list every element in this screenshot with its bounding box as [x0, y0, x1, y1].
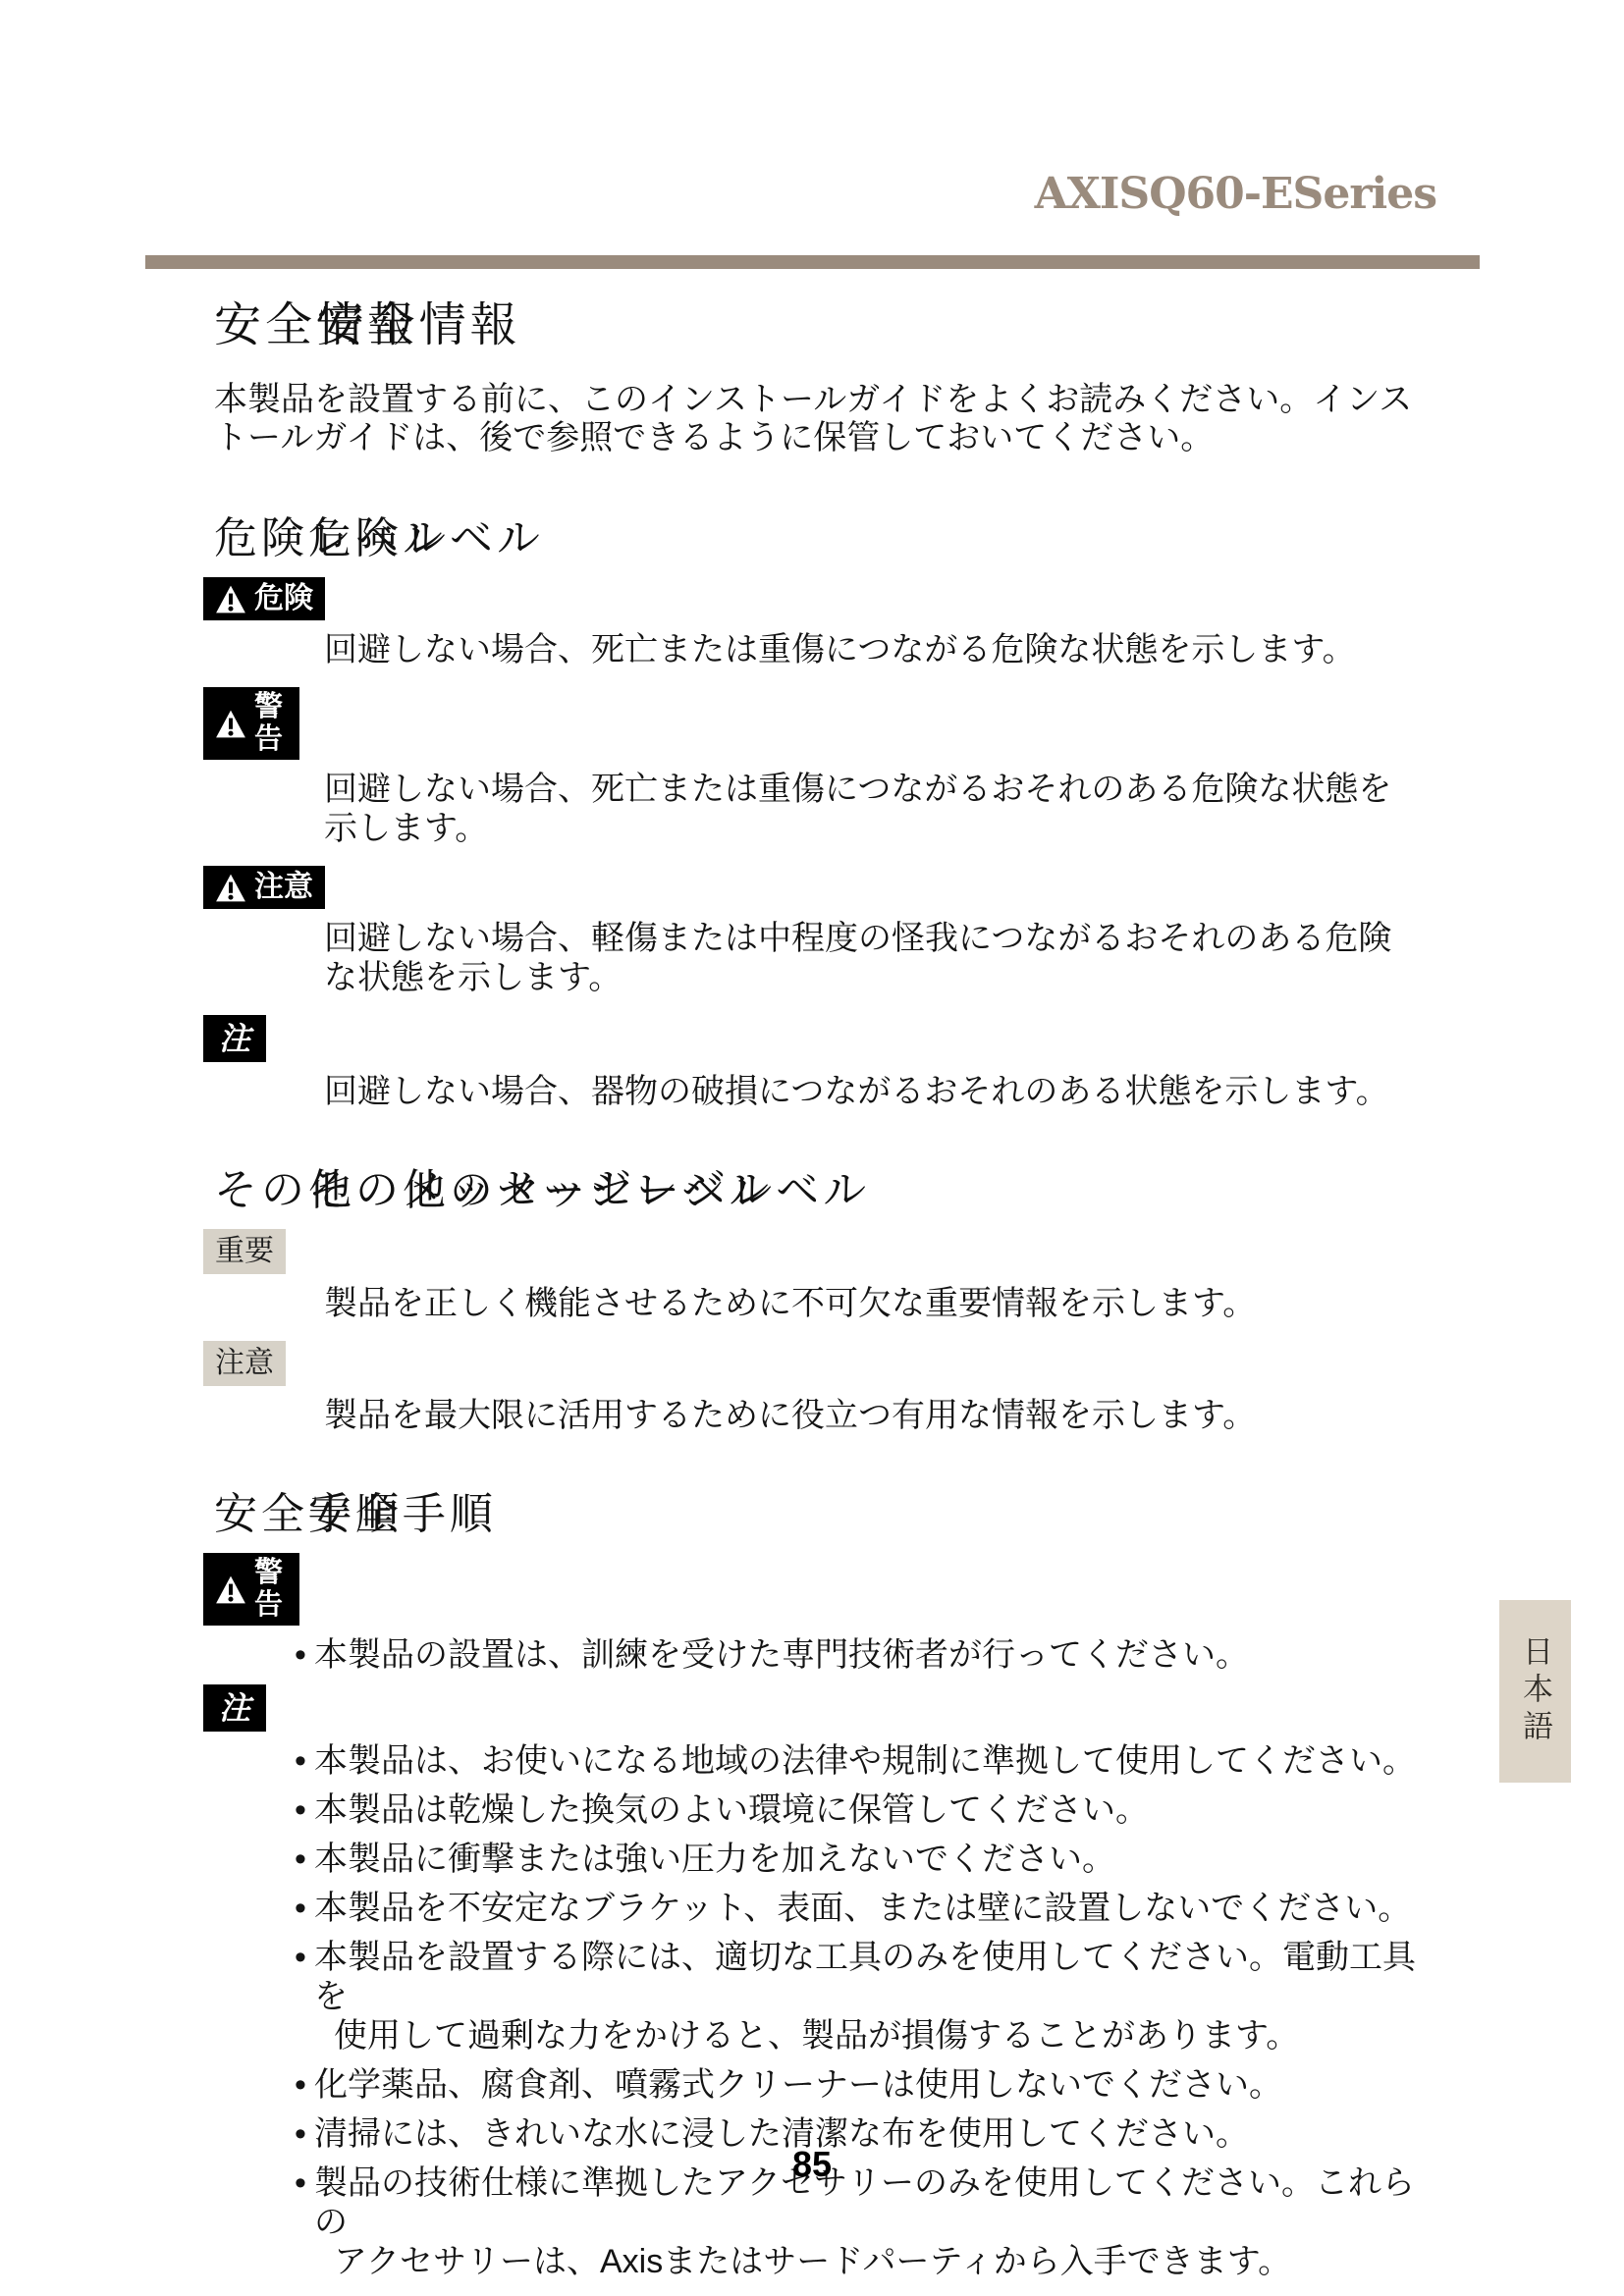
section-heading-ghost: 危険レベル	[308, 503, 544, 565]
bullet-item: •本製品を設置する際には、適切な工具のみを使用してください。電動工具を使用して過…	[295, 1938, 1441, 2056]
text-line: 製品を正しく機能させるために不可欠な重要情報を示します。	[324, 1284, 1441, 1323]
section-heading-other-levels: その他のメッセージレベル その他のメッセージレベル	[214, 1154, 1441, 1211]
bullet-item: •本製品に衝撃または強い圧力を加えないでください。	[295, 1840, 1441, 1879]
warning-triangle-icon	[215, 585, 246, 614]
notice-badge-label: 注意	[254, 870, 313, 905]
other-level-list: 重要 製品を正しく機能させるために不可欠な重要情報を示します。 注意 製品を最大…	[214, 1229, 1441, 1435]
page-number: 85	[0, 2144, 1624, 2185]
document-header-title: AXISQ60-ESeries	[1035, 169, 1436, 219]
text-line: 製品を最大限に活用するために役立つ有用な情報を示します。	[324, 1396, 1441, 1435]
notice-badge: 注	[203, 1015, 266, 1062]
notice-badge: 警告	[203, 1553, 299, 1626]
danger-level-list: 危険 回避しない場合、死亡または重傷につながる危険な状態を示します。 警告 回避…	[214, 577, 1441, 1111]
intro-line: 本製品を設置する前に、このインストールガイドをよくお読みください。インス	[214, 381, 1441, 419]
bullet-dot: •	[295, 1790, 314, 1830]
bullet-dot: •	[295, 1635, 314, 1675]
notice-description: 回避しない場合、軽傷または中程度の怪我につながるおそれのある危険な状態を示します…	[324, 919, 1441, 997]
notice-badge-row: 注意	[203, 1341, 1441, 1386]
text-line: 使用して過剰な力をかけると、製品が損傷することがあります。	[314, 2016, 1441, 2056]
language-side-tab: 日本語	[1499, 1600, 1571, 1783]
text-line: 回避しない場合、死亡または重傷につながる危険な状態を示します。	[324, 630, 1441, 669]
text-line: 化学薬品、腐食剤、噴霧式クリーナーは使用しないでください。	[314, 2065, 1282, 2105]
notice-badge: 警告	[203, 687, 299, 760]
notice-badge-label: 注	[219, 1021, 250, 1056]
language-side-tab-label: 日本語	[1513, 1635, 1557, 1747]
bullet-dot: •	[295, 1889, 314, 1928]
section-heading-ghost: 安全手順	[308, 1478, 497, 1541]
bullet-dot: •	[295, 2065, 314, 2105]
bullet-item: •本製品の設置は、訓練を受けた専門技術者が行ってください。	[295, 1635, 1441, 1675]
page-title: 安全情報 安全情報	[214, 287, 1441, 346]
section-heading-danger-levels: 危険レベル 危険レベル	[214, 503, 1441, 560]
text-line: 本製品の設置は、訓練を受けた専門技術者が行ってください。	[314, 1635, 1249, 1675]
bullet-dot: •	[295, 1938, 314, 2056]
bullet-text: 化学薬品、腐食剤、噴霧式クリーナーは使用しないでください。	[314, 2065, 1282, 2105]
text-line: 本製品を設置する際には、適切な工具のみを使用してください。電動工具を	[314, 1938, 1441, 2016]
bullet-dot: •	[295, 1741, 314, 1781]
notice-badge-row: 警告	[203, 1553, 1441, 1626]
intro-line: トールガイドは、後で参照できるように保管しておいてください。	[214, 419, 1441, 457]
bullet-text: 本製品を不安定なブラケット、表面、または壁に設置しないでください。	[314, 1889, 1411, 1928]
bullet-text: 本製品は、お使いになる地域の法律や規制に準拠して使用してください。	[314, 1741, 1416, 1781]
notice-badge-row: 危険	[203, 577, 1441, 620]
notice-badge: 重要	[203, 1229, 286, 1274]
bullet-item: •化学薬品、腐食剤、噴霧式クリーナーは使用しないでください。	[295, 2065, 1441, 2105]
notice-badge-row: 注	[203, 1684, 1441, 1732]
header-rule	[145, 255, 1480, 269]
text-line: 回避しない場合、軽傷または中程度の怪我につながるおそれのある危険	[324, 919, 1441, 958]
bullet-list: •本製品は、お使いになる地域の法律や規制に準拠して使用してください。•本製品は乾…	[295, 1741, 1441, 2281]
bullet-dot: •	[295, 1840, 314, 1879]
text-line: 回避しない場合、器物の破損につながるおそれのある状態を示します。	[324, 1072, 1441, 1111]
notice-badge: 危険	[203, 577, 325, 620]
notice-description: 製品を最大限に活用するために役立つ有用な情報を示します。	[324, 1396, 1441, 1435]
text-line: 本製品は、お使いになる地域の法律や規制に準拠して使用してください。	[314, 1741, 1416, 1781]
warning-triangle-icon	[215, 874, 246, 902]
notice-badge-label: 警告	[254, 691, 288, 756]
text-line: 本製品は乾燥した換気のよい環境に保管してください。	[314, 1790, 1149, 1830]
bullet-item: •本製品は乾燥した換気のよい環境に保管してください。	[295, 1790, 1441, 1830]
notice-badge-label: 重要	[215, 1234, 274, 1269]
bullet-list: •本製品の設置は、訓練を受けた専門技術者が行ってください。	[295, 1635, 1441, 1675]
notice-badge: 注意	[203, 866, 325, 909]
notice-badge-row: 注意	[203, 866, 1441, 909]
bullet-item: •本製品を不安定なブラケット、表面、または壁に設置しないでください。	[295, 1889, 1441, 1928]
document-page: AXISQ60-ESeries 安全情報 安全情報 本製品を設置する前に、このイ…	[0, 0, 1624, 2296]
section-heading-safety-steps: 安全手順 安全手順	[214, 1478, 1441, 1535]
warning-triangle-icon	[215, 710, 246, 738]
text-line: 本製品を不安定なブラケット、表面、または壁に設置しないでください。	[314, 1889, 1411, 1928]
bullet-text: 本製品の設置は、訓練を受けた専門技術者が行ってください。	[314, 1635, 1249, 1675]
warning-triangle-icon	[215, 1575, 246, 1604]
bullet-text: 本製品は乾燥した換気のよい環境に保管してください。	[314, 1790, 1149, 1830]
intro-paragraph: 本製品を設置する前に、このインストールガイドをよくお読みください。インストールガ…	[214, 381, 1441, 457]
notice-badge: 注	[203, 1684, 266, 1732]
notice-description: 製品を正しく機能させるために不可欠な重要情報を示します。	[324, 1284, 1441, 1323]
bullet-text: 本製品に衝撃または強い圧力を加えないでください。	[314, 1840, 1115, 1879]
content-column: 安全情報 安全情報 本製品を設置する前に、このインストールガイドをよくお読みくだ…	[214, 287, 1441, 2291]
notice-description: 回避しない場合、死亡または重傷につながるおそれのある危険な状態を示します。	[324, 770, 1441, 848]
notice-badge-label: 注意	[215, 1346, 274, 1381]
bullet-text: 本製品を設置する際には、適切な工具のみを使用してください。電動工具を使用して過剰…	[314, 1938, 1441, 2056]
notice-badge-label: 注	[219, 1690, 250, 1726]
notice-description: 回避しない場合、器物の破損につながるおそれのある状態を示します。	[324, 1072, 1441, 1111]
page-title-ghost: 安全情報	[317, 287, 521, 354]
notice-badge-row: 重要	[203, 1229, 1441, 1274]
bullet-item: •本製品は、お使いになる地域の法律や規制に準拠して使用してください。	[295, 1741, 1441, 1781]
text-line: な状態を示します。	[324, 958, 1441, 997]
notice-badge-row: 注	[203, 1015, 1441, 1062]
text-line: 示します。	[324, 809, 1441, 848]
notice-badge-label: 警告	[254, 1557, 288, 1622]
notice-badge: 注意	[203, 1341, 286, 1386]
notice-badge-row: 警告	[203, 687, 1441, 760]
section-heading-ghost: その他のメッセージレベル	[308, 1154, 870, 1217]
text-line: 回避しない場合、死亡または重傷につながるおそれのある危険な状態を	[324, 770, 1441, 809]
notice-description: 回避しない場合、死亡または重傷につながる危険な状態を示します。	[324, 630, 1441, 669]
text-line: アクセサリーは、Axisまたはサードパーティから入手できます。	[314, 2242, 1441, 2281]
notice-badge-label: 危険	[254, 581, 313, 616]
text-line: 本製品に衝撃または強い圧力を加えないでください。	[314, 1840, 1115, 1879]
